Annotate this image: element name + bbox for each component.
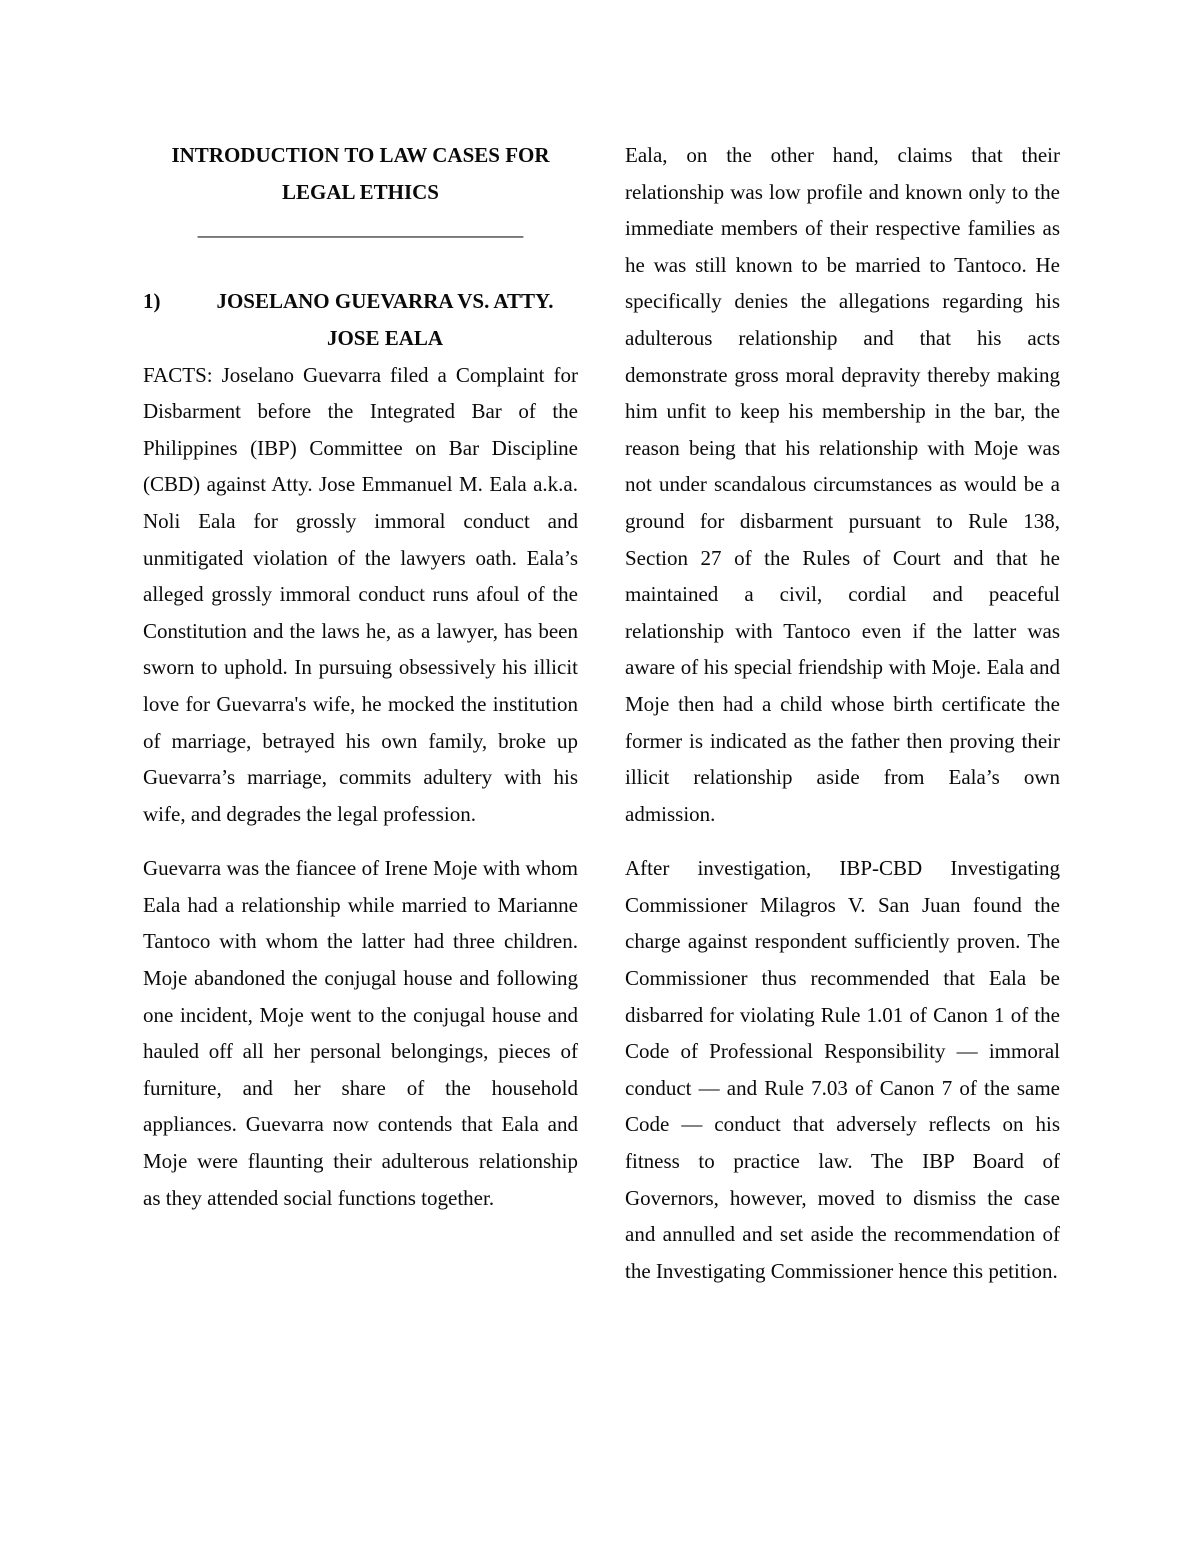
document-page: INTRODUCTION TO LAW CASES FOR LEGAL ETHI… xyxy=(143,137,1060,1289)
spacer xyxy=(143,247,578,284)
title-separator-line: _______________________________ xyxy=(143,210,578,247)
left-column: INTRODUCTION TO LAW CASES FOR LEGAL ETHI… xyxy=(143,137,578,1289)
document-title: INTRODUCTION TO LAW CASES FOR LEGAL ETHI… xyxy=(143,137,578,210)
paragraph-guevarra-background: Guevarra was the fiancee of Irene Moje w… xyxy=(143,850,578,1216)
paragraph-ibp-investigation: After investigation, IBP-CBD Investigati… xyxy=(625,850,1060,1289)
case-heading: 1) JOSELANO GUEVARRA VS. ATTY. JOSE EALA xyxy=(143,283,578,356)
paragraph-eala-defense: Eala, on the other hand, claims that the… xyxy=(625,137,1060,832)
paragraph-facts: FACTS: Joselano Guevarra filed a Complai… xyxy=(143,357,578,833)
right-column: Eala, on the other hand, claims that the… xyxy=(625,137,1060,1289)
case-title: JOSELANO GUEVARRA VS. ATTY. JOSE EALA xyxy=(216,289,553,350)
case-number: 1) xyxy=(143,283,161,320)
